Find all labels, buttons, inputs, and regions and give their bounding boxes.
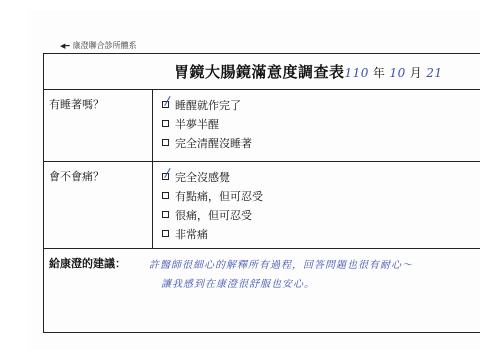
options-list: 完全沒感覺 有點痛，但可忍受 很痛，但可忍受 非常痛 (162, 167, 263, 243)
question-label: 有睡著嗎？ (49, 96, 104, 112)
option-label: 完全沒感覺 (175, 169, 230, 185)
question-cell: 有睡著嗎？ (44, 89, 153, 161)
checkbox-icon[interactable] (162, 120, 169, 127)
options-list: 睡醒就作完了 半夢半醒 完全清醒沒睡著 (162, 95, 252, 152)
option-item[interactable]: 完全清醒沒睡著 (162, 133, 252, 152)
option-label: 有點痛，但可忍受 (175, 188, 263, 204)
checkbox-checked-icon[interactable] (162, 101, 169, 108)
org-name: 康澄聯合診所體系 (73, 40, 137, 51)
form-title-line: 胃鏡大腸鏡滿意度調查表 110 年 10 月 21 (174, 61, 443, 82)
option-item[interactable]: 有點痛，但可忍受 (162, 186, 263, 205)
option-label: 半夢半醒 (175, 116, 219, 132)
year-label: 年 (373, 64, 386, 81)
day-value: 21 (426, 66, 442, 80)
question-row-pain: 會不會痛？ 完全沒感覺 有點痛，但可忍受 很痛，但可忍受 非常痛 (44, 161, 480, 249)
title-row: 胃鏡大腸鏡滿意度調查表 110 年 10 月 21 (44, 54, 480, 90)
checkbox-icon[interactable] (162, 211, 169, 218)
checkbox-icon[interactable] (162, 192, 169, 199)
checkbox-icon[interactable] (162, 139, 169, 146)
option-item[interactable]: 睡醒就作完了 (162, 95, 252, 114)
question-label: 會不會痛？ (49, 168, 104, 184)
option-item[interactable]: 非常痛 (162, 224, 263, 243)
suggestion-line-2: 讓我感到在康澄很舒服也安心。 (149, 275, 413, 294)
suggestion-line-1: 許醫師很細心的解釋所有過程，回答問題也很有耐心～ (149, 256, 413, 275)
checkbox-checked-icon[interactable] (162, 173, 169, 180)
suggestion-label: 給康澄的建議： (49, 255, 126, 271)
month-label: 月 (410, 64, 423, 81)
option-item[interactable]: 半夢半醒 (162, 114, 252, 133)
form-title: 胃鏡大腸鏡滿意度調查表 (174, 61, 345, 82)
option-label: 很痛，但可忍受 (175, 207, 252, 223)
option-item[interactable]: 很痛，但可忍受 (162, 205, 263, 224)
clinic-logo-icon: ◀━ (60, 42, 70, 50)
option-label: 睡醒就作完了 (175, 97, 241, 113)
month-value: 10 (389, 66, 405, 80)
option-label: 非常痛 (175, 226, 208, 242)
suggestion-text[interactable]: 許醫師很細心的解釋所有過程，回答問題也很有耐心～ 讓我感到在康澄很舒服也安心。 (149, 256, 413, 294)
question-row-sleep: 有睡著嗎？ 睡醒就作完了 半夢半醒 完全清醒沒睡著 (44, 89, 480, 162)
year-value: 110 (345, 66, 369, 80)
question-cell: 會不會痛？ (44, 161, 153, 248)
option-label: 完全清醒沒睡著 (175, 135, 252, 151)
org-header: ◀━ 康澄聯合診所體系 (60, 40, 137, 51)
suggestion-row: 給康澄的建議： 許醫師很細心的解釋所有過程，回答問題也很有耐心～ 讓我感到在康澄… (44, 248, 480, 334)
checkbox-icon[interactable] (162, 230, 169, 237)
option-item[interactable]: 完全沒感覺 (162, 167, 263, 186)
survey-form-table: 胃鏡大腸鏡滿意度調查表 110 年 10 月 21 有睡著嗎？ 睡醒就作完了 半… (43, 53, 480, 333)
